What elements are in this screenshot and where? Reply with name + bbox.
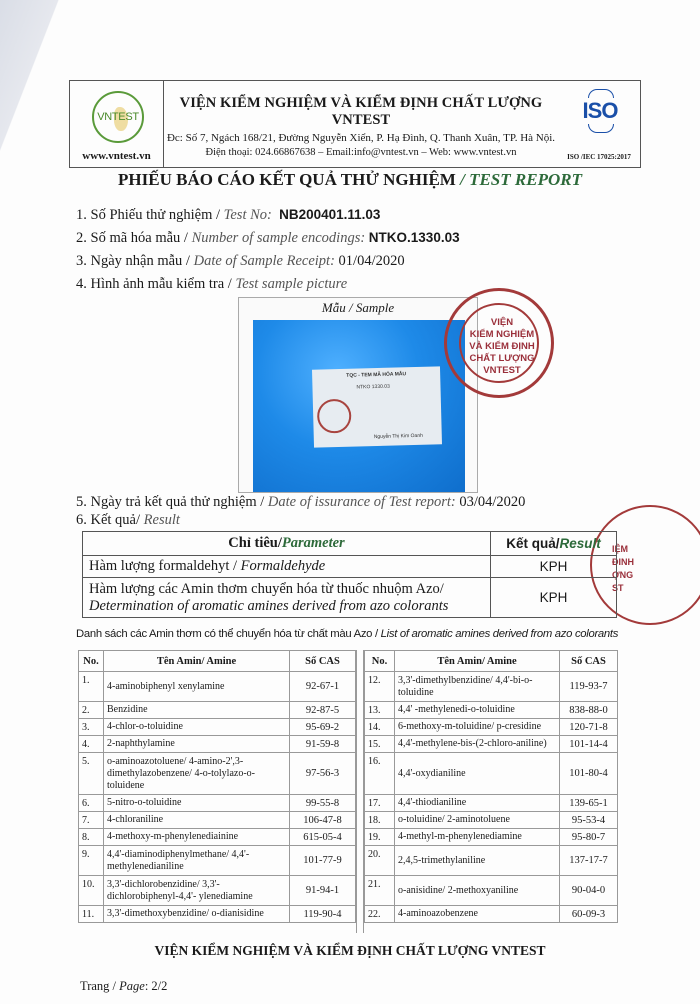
field-result: 6. Kết quả/ Result: [76, 512, 180, 529]
amine-name-cell: 4,4'-methylene-bis-(2-chloro-aniline): [395, 736, 560, 753]
amine-no-cell: 15.: [365, 736, 395, 753]
vntest-logo-cell: VNTEST www.vntest.vn: [70, 81, 164, 167]
sample-tag-stamp-icon: [317, 399, 352, 434]
amine-name-cell: 5-nitro-o-toluidine: [104, 795, 290, 812]
amine-no-cell: 14.: [365, 719, 395, 736]
amine-cas-cell: 90-04-0: [560, 876, 618, 906]
org-info: VIỆN KIỂM NGHIỆM VÀ KIỂM ĐỊNH CHẤT LƯỢNG…: [164, 81, 558, 167]
table-spacer-column: [356, 650, 364, 933]
amine-cas-cell: 92-87-5: [290, 702, 356, 719]
sample-picture-frame: Mẫu / Sample TQC - TEM MÃ HÓA MẪU NTKO 1…: [238, 297, 478, 493]
amine-name-cell: 6-methoxy-m-toluidine/ p-cresidine: [395, 719, 560, 736]
amine-row: 4.2-naphthylamine91-59-8: [79, 736, 356, 753]
amine-table-header: No. Tên Amin/ Amine Số CAS: [79, 651, 356, 672]
amine-list-caption: Danh sách các Amin thơm có thể chuyển hó…: [76, 628, 618, 640]
amine-row: 6.5-nitro-o-toluidine99-55-8: [79, 795, 356, 812]
amine-no-cell: 13.: [365, 702, 395, 719]
amine-no-cell: 17.: [365, 795, 395, 812]
amine-cas-cell: 97-56-3: [290, 753, 356, 795]
amine-name-cell: 3,3'-dimethoxybenzidine/ o-dianisidine: [104, 906, 290, 923]
result-table-header: Chỉ tiêu/Parameter Kết quả/Result: [83, 532, 617, 556]
amine-cas-cell: 119-93-7: [560, 672, 618, 702]
amine-no-cell: 5.: [79, 753, 104, 795]
report-title: PHIẾU BÁO CÁO KẾT QUẢ THỬ NGHIỆM / TEST …: [0, 170, 700, 190]
footer-org-name: VIỆN KIỂM NGHIỆM VÀ KIỂM ĐỊNH CHẤT LƯỢNG…: [0, 943, 700, 959]
amine-cas-cell: 95-69-2: [290, 719, 356, 736]
field-sample-code: 2. Số mã hóa mẫu / Number of sample enco…: [76, 230, 460, 247]
amine-cas-cell: 60-09-3: [560, 906, 618, 923]
amine-no-cell: 1.: [79, 672, 104, 702]
amine-name-cell: 4,4'-diaminodiphenylmethane/ 4,4'-methyl…: [104, 846, 290, 876]
amine-name-cell: 2-naphthylamine: [104, 736, 290, 753]
website-label: www.vntest.vn: [70, 150, 163, 162]
amine-name-cell: 4-chloraniline: [104, 812, 290, 829]
amine-no-cell: 8.: [79, 829, 104, 846]
vntest-logo-icon: VNTEST: [92, 91, 144, 143]
sample-tag: TQC - TEM MÃ HÓA MẪU NTKO 1330.03 Nguyễn…: [312, 366, 442, 447]
paper-edge-background: [0, 0, 68, 170]
amine-cas-cell: 101-14-4: [560, 736, 618, 753]
amine-cas-cell: 92-67-1: [290, 672, 356, 702]
amine-table-header: No. Tên Amin/ Amine Số CAS: [365, 651, 618, 672]
amine-cas-cell: 119-90-4: [290, 906, 356, 923]
amine-no-cell: 21.: [365, 876, 395, 906]
amine-name-cell: 4,4'-thiodianiline: [395, 795, 560, 812]
amine-name-cell: 4,4' -methylenedi-o-toluidine: [395, 702, 560, 719]
amine-no-cell: 3.: [79, 719, 104, 736]
amine-name-cell: 4,4'-oxydianiline: [395, 753, 560, 795]
amine-row: 2.Benzidine92-87-5: [79, 702, 356, 719]
amine-name-cell: o-aminoazotoluene/ 4-amino-2',3-dimethyl…: [104, 753, 290, 795]
field-report-date: 5. Ngày trả kết quả thử nghiệm / Date of…: [76, 494, 525, 511]
result-cell: KPH: [491, 556, 617, 578]
amine-cas-cell: 139-65-1: [560, 795, 618, 812]
result-cell: KPH: [491, 578, 617, 618]
amine-cas-cell: 95-80-7: [560, 829, 618, 846]
stamp-text: VIỆN KIỂM NGHIỆM VÀ KIỂM ĐỊNH CHẤT LƯỢNG…: [465, 317, 539, 377]
amine-row: 3.4-chlor-o-toluidine95-69-2: [79, 719, 356, 736]
amine-name-cell: Benzidine: [104, 702, 290, 719]
sample-caption: Mẫu / Sample: [239, 300, 477, 316]
amine-name-cell: 2,4,5-trimethylaniline: [395, 846, 560, 876]
amine-row: 11.3,3'-dimethoxybenzidine/ o-dianisidin…: [79, 906, 356, 923]
org-address: Đc: Số 7, Ngách 168/21, Đường Nguyễn Xiể…: [164, 132, 558, 144]
amine-cas-cell: 101-77-9: [290, 846, 356, 876]
amine-cas-cell: 101-80-4: [560, 753, 618, 795]
parameter-cell: Hàm lượng các Amin thơm chuyển hóa từ th…: [83, 578, 491, 618]
amine-row: 12.3,3'-dimethylbenzidine/ 4,4'-bi-o-tol…: [365, 672, 618, 702]
amine-row: 18.o-toluidine/ 2-aminotoluene95-53-4: [365, 812, 618, 829]
amine-row: 15.4,4'-methylene-bis-(2-chloro-aniline)…: [365, 736, 618, 753]
amine-table-right: No. Tên Amin/ Amine Số CAS 12.3,3'-dimet…: [364, 650, 618, 923]
amine-row: 9.4,4'-diaminodiphenylmethane/ 4,4'-meth…: [79, 846, 356, 876]
amine-no-cell: 2.: [79, 702, 104, 719]
amine-name-cell: 3,3'-dimethylbenzidine/ 4,4'-bi-o-toluid…: [395, 672, 560, 702]
amine-no-cell: 9.: [79, 846, 104, 876]
result-row: Hàm lượng các Amin thơm chuyển hóa từ th…: [83, 578, 617, 618]
amine-row: 1.4-aminobiphenyl xenylamine92-67-1: [79, 672, 356, 702]
amine-no-cell: 10.: [79, 876, 104, 906]
amine-no-cell: 4.: [79, 736, 104, 753]
amine-no-cell: 18.: [365, 812, 395, 829]
amine-no-cell: 20.: [365, 846, 395, 876]
field-receipt-date: 3. Ngày nhận mẫu / Date of Sample Receip…: [76, 253, 405, 270]
amine-row: 21.o-anisidine/ 2-methoxyaniline90-04-0: [365, 876, 618, 906]
result-header: Kết quả/Result: [491, 532, 617, 556]
amine-row: 10.3,3'-dichlorobenzidine/ 3,3'-dichloro…: [79, 876, 356, 906]
amine-cas-cell: 99-55-8: [290, 795, 356, 812]
result-table: Chỉ tiêu/Parameter Kết quả/Result Hàm lư…: [82, 531, 617, 618]
page-number: Trang / Page: 2/2: [80, 979, 167, 994]
amine-row: 13.4,4' -methylenedi-o-toluidine838-88-0: [365, 702, 618, 719]
amine-cas-cell: 95-53-4: [560, 812, 618, 829]
amine-name-cell: 4-methoxy-m-phenylenediainine: [104, 829, 290, 846]
iso-logo-icon: ISO: [574, 89, 626, 133]
amine-no-cell: 12.: [365, 672, 395, 702]
amine-cas-cell: 91-94-1: [290, 876, 356, 906]
amine-no-cell: 7.: [79, 812, 104, 829]
amine-cas-cell: 615-05-4: [290, 829, 356, 846]
parameter-cell: Hàm lượng formaldehyt / Formaldehyde: [83, 556, 491, 578]
amine-table-left: No. Tên Amin/ Amine Số CAS 1.4-aminobiph…: [78, 650, 356, 923]
amine-row: 5.o-aminoazotoluene/ 4-amino-2',3-dimeth…: [79, 753, 356, 795]
amine-no-cell: 11.: [79, 906, 104, 923]
amine-no-cell: 6.: [79, 795, 104, 812]
amine-no-cell: 19.: [365, 829, 395, 846]
org-name: VIỆN KIỂM NGHIỆM VÀ KIỂM ĐỊNH CHẤT LƯỢNG…: [164, 95, 558, 129]
sample-photo: TQC - TEM MÃ HÓA MẪU NTKO 1330.03 Nguyễn…: [253, 320, 465, 492]
amine-row: 16.4,4'-oxydianiline101-80-4: [365, 753, 618, 795]
parameter-header: Chỉ tiêu/Parameter: [83, 532, 491, 556]
amine-name-cell: 3,3'-dichlorobenzidine/ 3,3'-dichlorobip…: [104, 876, 290, 906]
red-seal-stamp-icon: VIỆN KIỂM NGHIỆM VÀ KIỂM ĐỊNH CHẤT LƯỢNG…: [444, 288, 554, 398]
field-sample-picture: 4. Hình ảnh mẫu kiểm tra / Test sample p…: [76, 276, 347, 293]
iso-cell: ISO ISO /IEC 17025:2017: [558, 81, 640, 167]
amine-cas-cell: 106-47-8: [290, 812, 356, 829]
amine-name-cell: 4-aminobiphenyl xenylamine: [104, 672, 290, 702]
amine-name-cell: 4-methyl-m-phenylenediamine: [395, 829, 560, 846]
amine-row: 17.4,4'-thiodianiline139-65-1: [365, 795, 618, 812]
amine-name-cell: 4-chlor-o-toluidine: [104, 719, 290, 736]
result-row: Hàm lượng formaldehyt / Formaldehyde KPH: [83, 556, 617, 578]
amine-cas-cell: 120-71-8: [560, 719, 618, 736]
amine-row: 8.4-methoxy-m-phenylenediainine615-05-4: [79, 829, 356, 846]
iso-standard: ISO /IEC 17025:2017: [558, 153, 640, 161]
org-contact: Điện thoại: 024.66867638 – Email:info@vn…: [164, 147, 558, 158]
amine-row: 22.4-aminoazobenzene60-09-3: [365, 906, 618, 923]
amine-row: 19.4-methyl-m-phenylenediamine95-80-7: [365, 829, 618, 846]
amine-cas-cell: 137-17-7: [560, 846, 618, 876]
amine-no-cell: 22.: [365, 906, 395, 923]
amine-name-cell: o-toluidine/ 2-aminotoluene: [395, 812, 560, 829]
letterhead: VNTEST www.vntest.vn VIỆN KIỂM NGHIỆM VÀ…: [69, 80, 641, 168]
amine-no-cell: 16.: [365, 753, 395, 795]
amine-cas-cell: 91-59-8: [290, 736, 356, 753]
field-test-no: 1. Số Phiếu thử nghiệm / Test No: NB2004…: [76, 207, 380, 224]
amine-name-cell: o-anisidine/ 2-methoxyaniline: [395, 876, 560, 906]
amine-row: 20.2,4,5-trimethylaniline137-17-7: [365, 846, 618, 876]
amine-row: 14.6-methoxy-m-toluidine/ p-cresidine120…: [365, 719, 618, 736]
amine-name-cell: 4-aminoazobenzene: [395, 906, 560, 923]
amine-row: 7.4-chloraniline106-47-8: [79, 812, 356, 829]
amine-cas-cell: 838-88-0: [560, 702, 618, 719]
